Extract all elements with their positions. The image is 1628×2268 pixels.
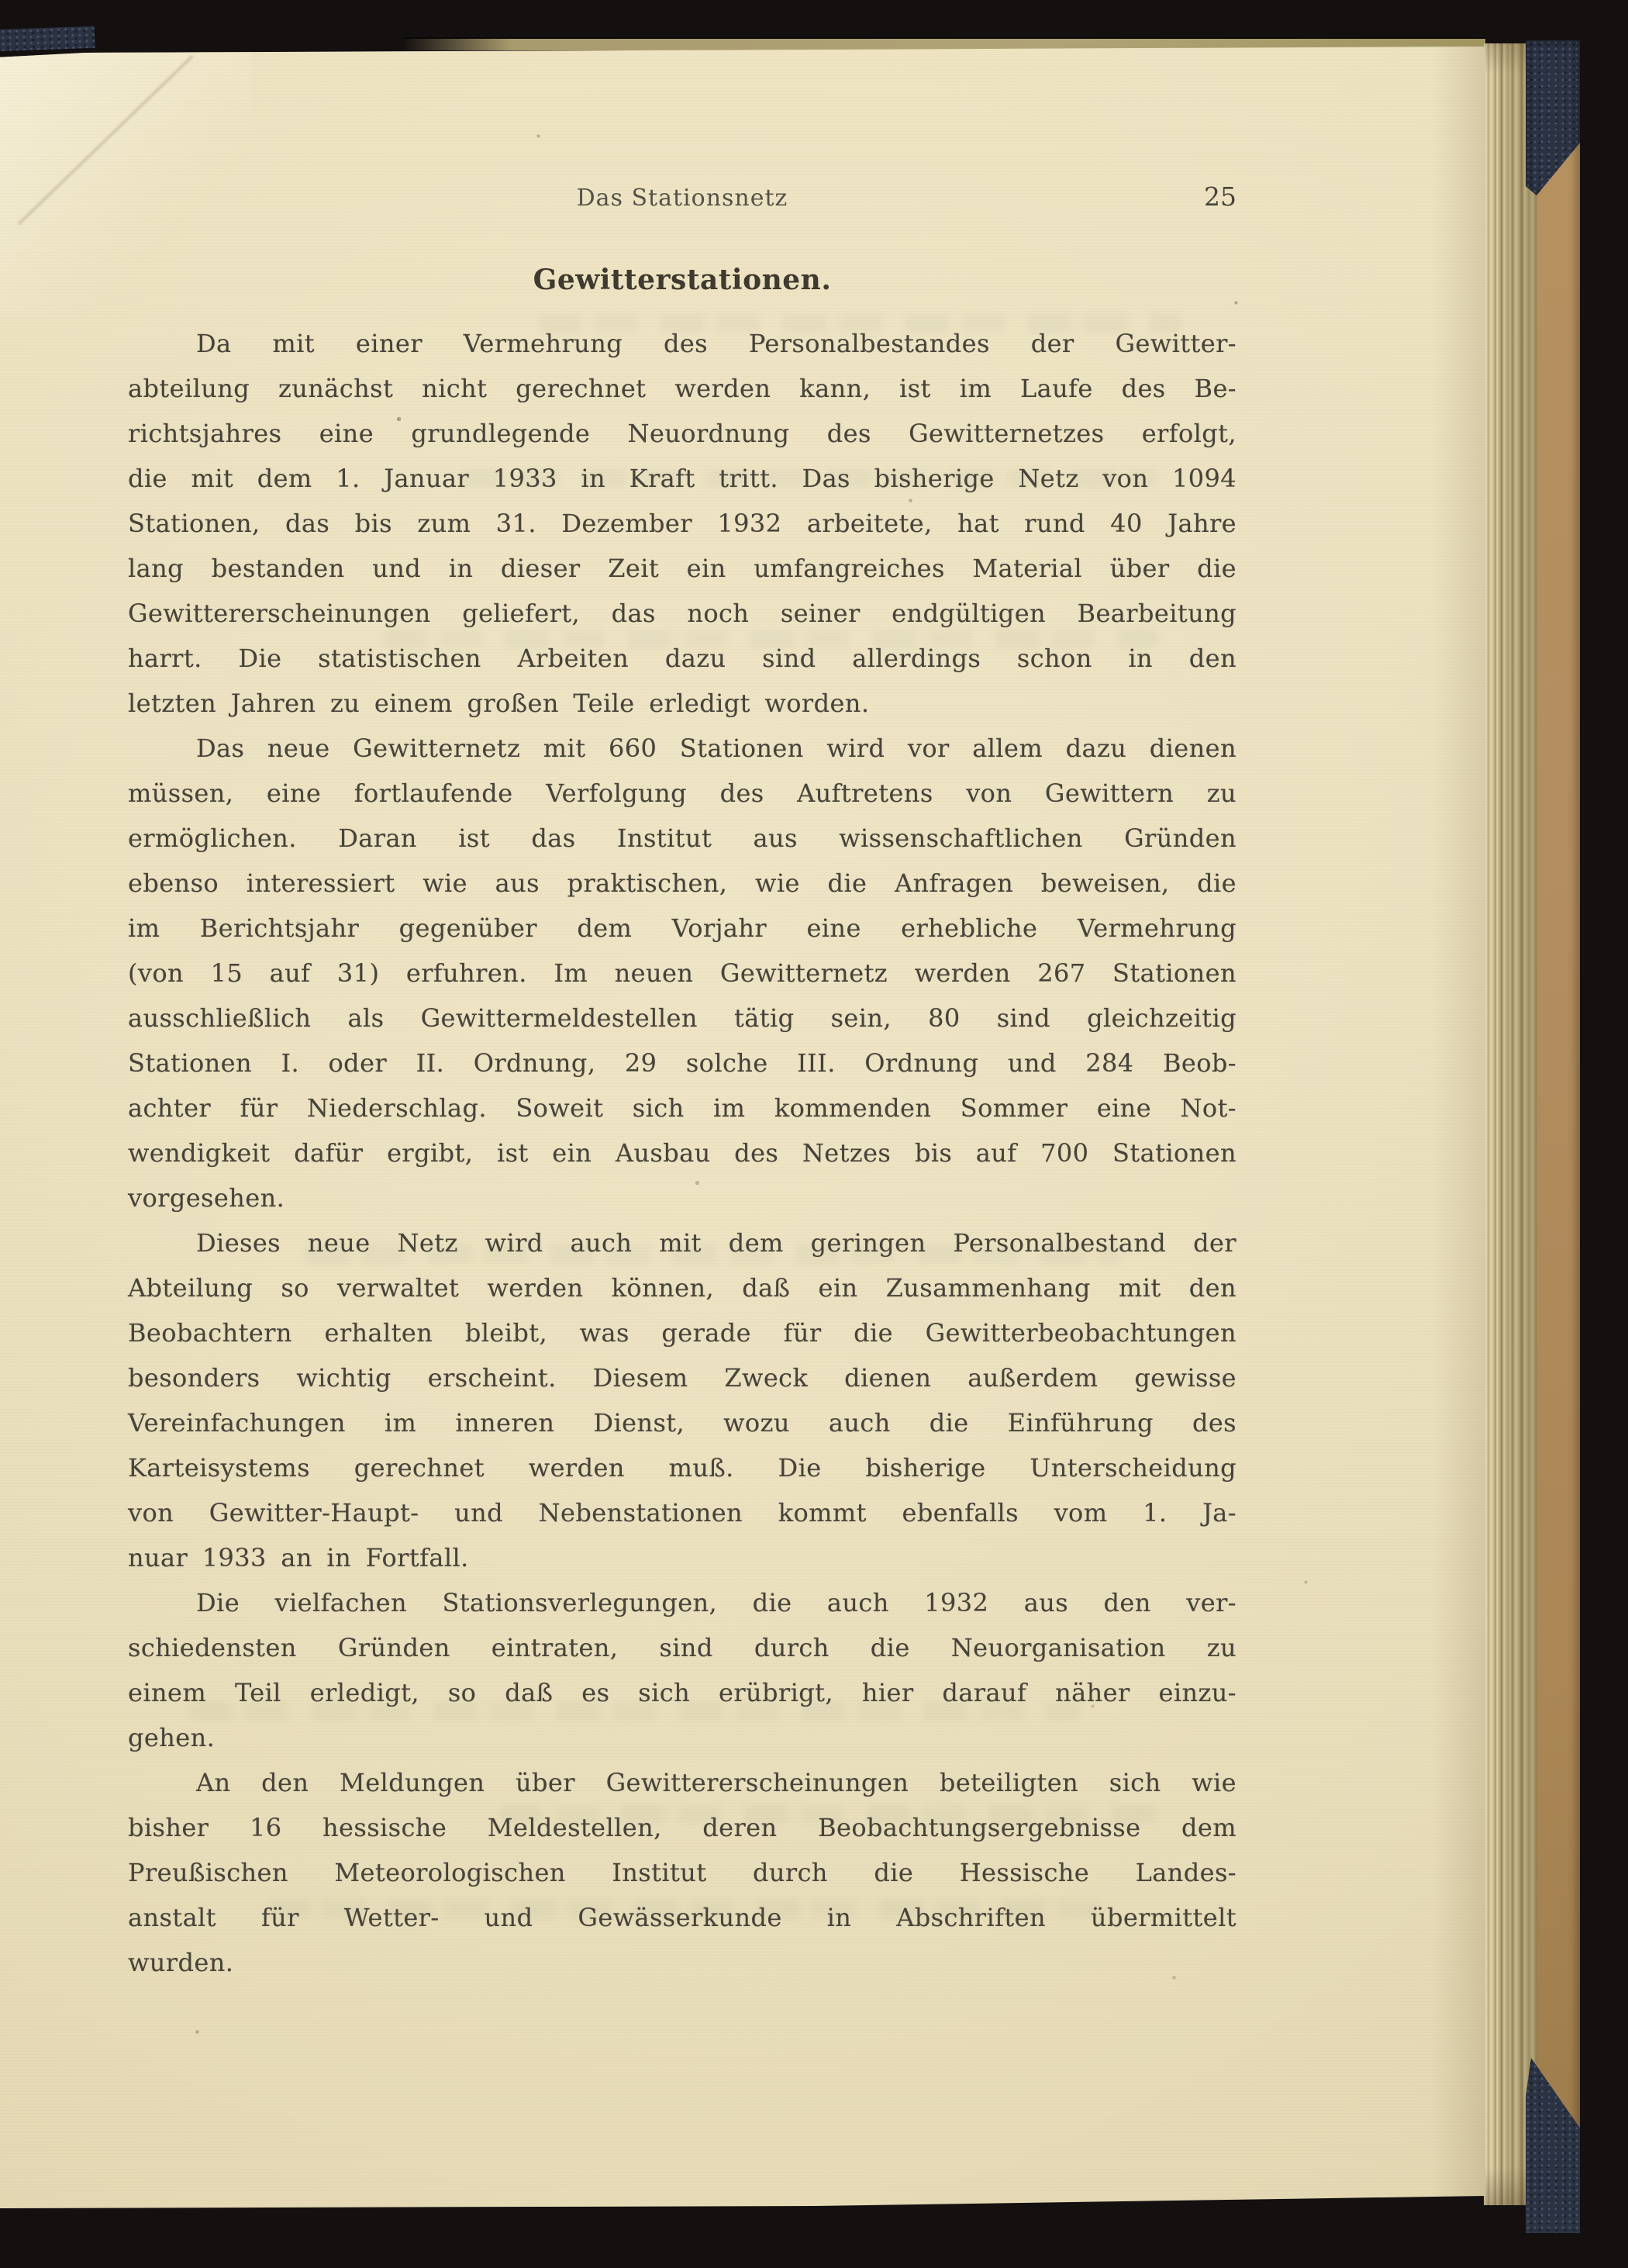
text-line: einem Teil erledigt, so daß es sich erüb… — [128, 1670, 1237, 1715]
text-line: lang bestanden und in dieser Zeit ein um… — [128, 546, 1237, 591]
text-line: besonders wichtig erscheint. Diesem Zwec… — [128, 1355, 1237, 1400]
text-line: abteilung zunächst nicht gerechnet werde… — [128, 366, 1237, 411]
text-line: Abteilung so verwaltet werden können, da… — [128, 1265, 1237, 1310]
text-line: Preußischen Meteorologischen Institut du… — [128, 1850, 1237, 1895]
text-line: Dieses neue Netz wird auch mit dem gerin… — [128, 1220, 1237, 1265]
paragraph: Dieses neue Netz wird auch mit dem gerin… — [128, 1220, 1237, 1580]
text-line: Stationen I. oder II. Ordnung, 29 solche… — [128, 1041, 1237, 1086]
page-number: 25 — [1204, 181, 1237, 212]
paragraph: Die vielfachen Stationsverlegungen, die … — [128, 1580, 1237, 1760]
text-line: ausschließlich als Gewittermeldestellen … — [128, 996, 1237, 1041]
text-line: An den Meldungen über Gewittererscheinun… — [128, 1760, 1237, 1805]
text-line: von Gewitter-Haupt- und Nebenstationen k… — [128, 1490, 1237, 1535]
text-line: Gewittererscheinungen geliefert, das noc… — [128, 591, 1237, 636]
text-line: Stationen, das bis zum 31. Dezember 1932… — [128, 501, 1237, 546]
text-line: letzten Jahren zu einem großen Teile erl… — [128, 681, 1237, 726]
text-line: gehen. — [128, 1715, 1237, 1760]
text-line: (von 15 auf 31) erfuhren. Im neuen Gewit… — [128, 951, 1237, 996]
text-block: Da mit einer Vermehrung des Personalbest… — [128, 321, 1237, 1985]
text-line: schiedensten Gründen eintraten, sind dur… — [128, 1625, 1237, 1670]
cover-board-edge — [1535, 45, 1580, 2225]
paragraph: Das neue Gewitternetz mit 660 Stationen … — [128, 726, 1237, 1220]
text-line: nuar 1933 an in Fortfall. — [128, 1535, 1237, 1580]
text-line: die mit dem 1. Januar 1933 in Kraft trit… — [128, 456, 1237, 501]
text-line: Vereinfachungen im inneren Dienst, wozu … — [128, 1400, 1237, 1445]
text-line: achter für Niederschlag. Soweit sich im … — [128, 1086, 1237, 1131]
text-line: anstalt für Wetter- und Gewässerkunde in… — [128, 1895, 1237, 1940]
section-heading: Gewitterstationen. — [128, 264, 1237, 296]
text-line: Beobachtern erhalten bleibt, was gerade … — [128, 1310, 1237, 1355]
text-line: wendigkeit dafür ergibt, ist ein Ausbau … — [128, 1131, 1237, 1175]
text-line: im Berichtsjahr gegenüber dem Vorjahr ei… — [128, 906, 1237, 951]
text-line: Die vielfachen Stationsverlegungen, die … — [128, 1580, 1237, 1625]
running-header-row: Das Stationsnetz 25 — [128, 185, 1237, 220]
text-line: Da mit einer Vermehrung des Personalbest… — [128, 321, 1237, 366]
text-line: richtsjahres eine grundlegende Neuordnun… — [128, 411, 1237, 456]
text-line: vorgesehen. — [128, 1175, 1237, 1220]
text-line: harrt. Die statistischen Arbeiten dazu s… — [128, 636, 1237, 681]
paragraph: An den Meldungen über Gewittererscheinun… — [128, 1760, 1237, 1985]
running-header: Das Stationsnetz — [128, 185, 1237, 212]
page-stack-edges — [1484, 43, 1537, 2205]
cover-edge-sliver — [0, 26, 95, 52]
book-page: Das Stationsnetz 25 Gewitterstationen. D… — [0, 47, 1485, 2210]
text-line: bisher 16 hessische Meldestellen, deren … — [128, 1805, 1237, 1850]
text-line: ebenso interessiert wie aus praktischen,… — [128, 861, 1237, 906]
text-line: wurden. — [128, 1940, 1237, 1985]
text-line: Karteisystems gerechnet werden muß. Die … — [128, 1445, 1237, 1490]
text-line: ermöglichen. Daran ist das Institut aus … — [128, 816, 1237, 861]
text-line: müssen, eine fortlaufende Verfolgung des… — [128, 771, 1237, 816]
text-line: Das neue Gewitternetz mit 660 Stationen … — [128, 726, 1237, 771]
paragraph: Da mit einer Vermehrung des Personalbest… — [128, 321, 1237, 726]
